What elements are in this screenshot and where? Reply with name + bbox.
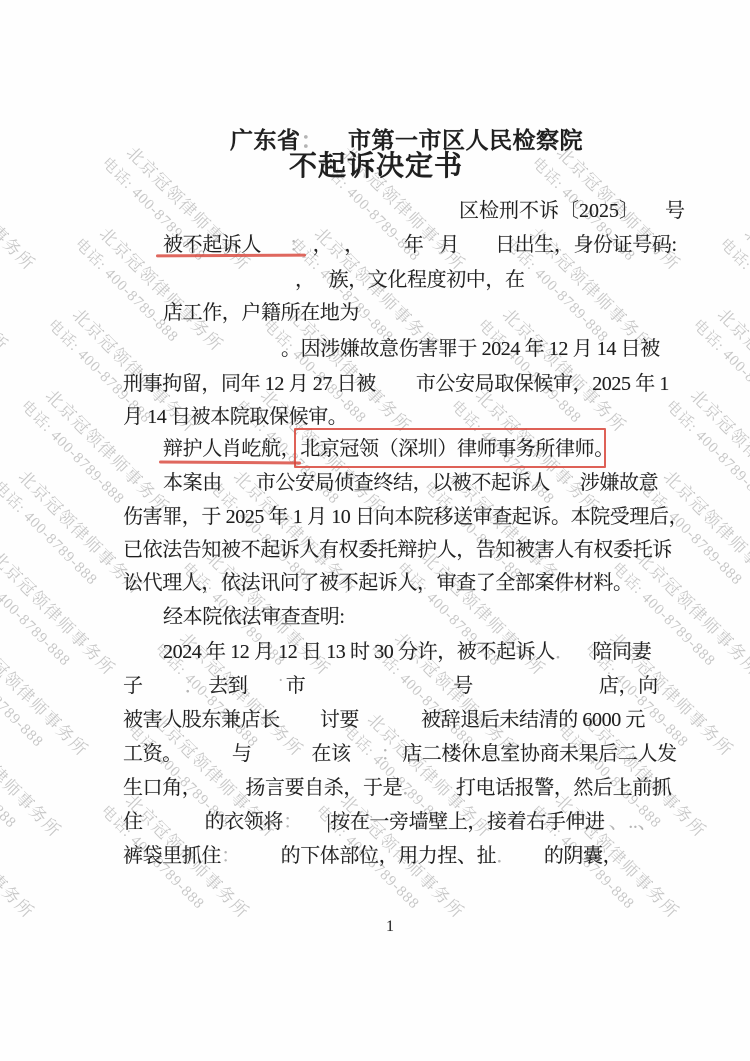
- text-segment: 市公安局取保候审，2025 年 1: [416, 373, 669, 395]
- text-segment: 号: [665, 200, 685, 222]
- text-segment: 经本院依法审查查明:: [163, 606, 345, 628]
- text-segment: 。因涉嫌故意伤害罪于 2024 年 12 月 14 日被: [281, 338, 660, 360]
- scan-artifact: ．: [185, 675, 205, 697]
- text-segment: 去到: [208, 675, 247, 697]
- scanned-document-page: 北京冠领律师事务所电话: 400-8789-888北京冠领律师事务所电话: 40…: [0, 0, 750, 1061]
- text-segment: 店，向: [599, 675, 658, 697]
- text-segment: 工资。: [123, 743, 182, 765]
- text-segment: 讨要: [320, 709, 359, 731]
- text-segment: 刑事拘留，同年 12 月 27 日被: [123, 373, 376, 395]
- text-segment: 讼代理人，依法讯问了被不起诉人，审查了全部案件材料。: [123, 572, 633, 594]
- text-segment: |按在一旁墙壁上，接着右手伸进: [327, 811, 605, 833]
- scan-artifact: ．: [402, 777, 422, 799]
- body-line-4: 。因涉嫌故意伤害罪于 2024 年 12 月 14 日被: [281, 336, 660, 362]
- body-line-10: 已依法告知被不起诉人有权委托辩护人，告知被害人有权委托诉: [123, 537, 672, 563]
- text-segment: 店工作，户籍所在地为: [163, 302, 359, 324]
- body-line-17: 生口角，扬言要自杀，于是．打电话报警，然后上前抓: [123, 775, 671, 801]
- document-number-line: 区检刑不诉〔2025〕号: [459, 198, 685, 224]
- scan-artifact: ．: [496, 845, 516, 867]
- body-line-5: 刑事拘留，同年 12 月 27 日被市公安局取保候审，2025 年 1: [123, 371, 669, 397]
- body-line-6: 月 14 日被本院取保候审。: [123, 404, 347, 430]
- body-line-19: 裤袋里抓住：的下体部位，用力捏、扯．的阴囊，: [123, 843, 622, 869]
- body-line-13: 2024 年 12 月 12 日 13 时 30 分许，被不起诉人．陪同妻: [163, 639, 651, 665]
- scan-artifact: ：: [381, 743, 401, 765]
- text-segment: 辩护人肖屹航，: [163, 438, 300, 460]
- body-line-15: 被害人股东兼店长讨要被辞退后未结清的 6000 元: [123, 707, 645, 733]
- document-text-layer: 广东省：市第一市区人民检察院不起诉决定书区检刑不诉〔2025〕号被不起诉人：，，…: [0, 0, 750, 1061]
- text-segment: ，: [344, 234, 364, 256]
- text-segment: 区检刑不诉〔2025〕: [459, 200, 639, 222]
- text-segment: 店二楼休息室协商未果后二人发: [402, 743, 676, 765]
- text-segment: 在该: [311, 743, 350, 765]
- scan-artifact: ：: [301, 128, 325, 153]
- text-segment: 已依法告知被不起诉人有权委托辩护人，告知被害人有权委托诉: [123, 539, 672, 561]
- scan-artifact: ．: [555, 641, 575, 663]
- text-segment: 年: [404, 234, 424, 256]
- text-segment: 的衣领将: [205, 811, 283, 833]
- text-segment: ，: [295, 269, 315, 291]
- text-segment: 的阴囊，: [544, 845, 622, 867]
- scan-artifact: ˙: [277, 675, 283, 697]
- text-segment: 市第一市区人民检察院: [348, 128, 583, 153]
- document-title: 不起诉决定书: [289, 154, 463, 180]
- text-segment: 伤害罪，于 2025 年 1 月 10 日向本院移送审查起诉。本院受理后，: [123, 506, 688, 528]
- text-segment: 住: [123, 811, 143, 833]
- text-segment: 生口角，: [123, 777, 201, 799]
- body-line-3: 店工作，户籍所在地为: [163, 300, 359, 326]
- text-segment: 号: [453, 675, 473, 697]
- body-line-8: 本案由市公安局侦查终结，以被不起诉人涉嫌故意: [163, 470, 658, 496]
- body-line-12: 经本院依法审查查明:: [163, 604, 345, 630]
- scan-artifact: 、..、: [609, 811, 657, 833]
- text-segment: 日出生，身份证号码:: [495, 234, 677, 256]
- text-segment: 的下体部位，用力捏、扯: [281, 845, 497, 867]
- text-segment: 涉嫌故意: [580, 472, 658, 494]
- text-segment: 裤袋里抓住: [123, 845, 221, 867]
- text-segment: 本案由: [163, 472, 222, 494]
- text-segment: 月: [439, 234, 459, 256]
- text-segment: ，: [313, 234, 333, 256]
- scan-artifact: ：: [221, 845, 241, 867]
- text-segment: 被不起诉人: [163, 234, 261, 256]
- text-segment: 月 14 日被本院取保候审。: [123, 406, 347, 428]
- text-segment: 打电话报警，然后上前抓: [456, 777, 672, 799]
- body-line-2: ，族，文化程度初中，在: [295, 267, 525, 293]
- body-line-18: 住的衣领将：|按在一旁墙壁上，接着右手伸进、..、: [123, 809, 657, 835]
- text-segment: 不起诉决定书: [289, 151, 463, 182]
- body-line-16: 工资。与在该：店二楼休息室协商未果后二人发: [123, 741, 677, 767]
- text-segment: 市: [286, 675, 306, 697]
- text-segment: 陪同妻: [592, 641, 651, 663]
- text-segment: 子: [123, 675, 143, 697]
- text-segment: 扬言要自杀，于是: [245, 777, 402, 799]
- text-segment: 被辞退后未结清的 6000 元: [421, 709, 645, 731]
- text-segment: 被害人股东兼店长: [123, 709, 280, 731]
- red-box-law-firm: [294, 428, 606, 468]
- scan-artifact: ：: [283, 811, 303, 833]
- text-segment: 族，文化程度初中，在: [329, 269, 525, 291]
- body-line-9: 伤害罪，于 2025 年 1 月 10 日向本院移送审查起诉。本院受理后，: [123, 504, 688, 530]
- body-line-14: 子．去到˙市号店，向: [123, 673, 658, 699]
- text-segment: 广东省: [230, 128, 301, 153]
- body-line-11: 讼代理人，依法讯问了被不起诉人，审查了全部案件材料。: [123, 570, 633, 596]
- page-number: 1: [386, 914, 394, 940]
- text-segment: 2024 年 12 月 12 日 13 时 30 分许，被不起诉人: [163, 641, 555, 663]
- text-segment: 市公安局侦查终结，以被不起诉人: [256, 472, 550, 494]
- text-segment: 与: [232, 743, 252, 765]
